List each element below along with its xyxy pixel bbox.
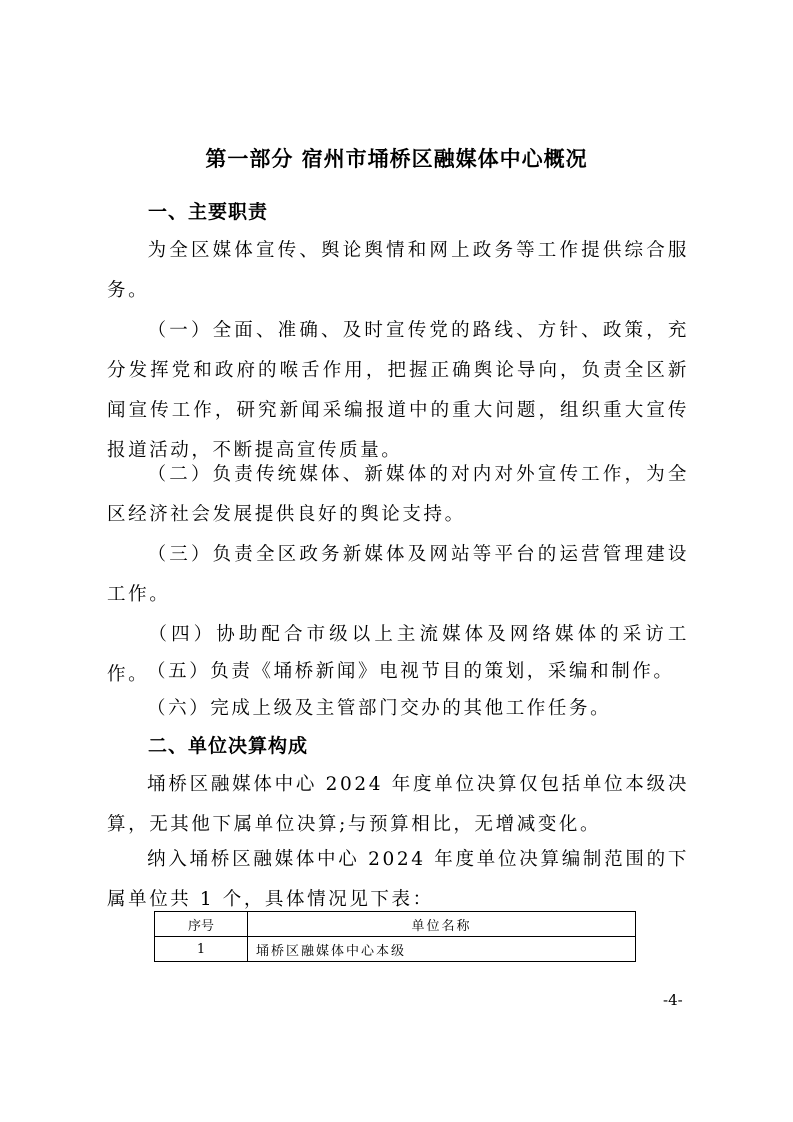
duty-item-1: （一）全面、准确、及时宣传党的路线、方针、政策，充分发挥党和政府的喉舌作用，把握… (107, 311, 689, 471)
page-number: -4- (663, 991, 683, 1009)
duty-item-6: （六）完成上级及主管部门交办的其他工作任务。 (107, 689, 689, 729)
duties-intro-text: 为全区媒体宣传、舆论舆情和网上政务等工作提供综合服务。 (107, 240, 689, 301)
budget-paragraph-2: 纳入埇桥区融媒体中心 2024 年度单位决算编制范围的下属单位共 1 个，具体情… (107, 840, 689, 920)
table-header-row: 序号 单位名称 (155, 912, 636, 937)
duty-item-3: （三）负责全区政务新媒体及网站等平台的运营管理建设工作。 (107, 535, 689, 615)
duty-item-2: （二）负责传统媒体、新媒体的对内对外宣传工作，为全区经济社会发展提供良好的舆论支… (107, 455, 689, 535)
document-page: 第一部分 宿州市埇桥区融媒体中心概况 一、主要职责 为全区媒体宣传、舆论舆情和网… (0, 0, 793, 1122)
budget-paragraph-text: 纳入埇桥区融媒体中心 2024 年度单位决算编制范围的下属单位共 1 个，具体情… (107, 849, 689, 910)
budget-paragraph-1: 埇桥区融媒体中心 2024 年度单位决算仅包括单位本级决算，无其他下属单位决算;… (107, 765, 689, 845)
table-row: 1 埇桥区融媒体中心本级 (155, 937, 636, 962)
section-heading-budget-composition: 二、单位决算构成 (148, 731, 308, 758)
budget-paragraph-text: 埇桥区融媒体中心 2024 年度单位决算仅包括单位本级决算，无其他下属单位决算;… (107, 774, 689, 835)
duty-item-5: （五）负责《埇桥新闻》电视节目的策划，采编和制作。 (107, 652, 689, 692)
duty-item-text: （一）全面、准确、及时宣传党的路线、方针、政策，充分发挥党和政府的喉舌作用，把握… (107, 320, 689, 461)
table-header-index: 序号 (155, 912, 248, 937)
duty-item-text: （六）完成上级及主管部门交办的其他工作任务。 (147, 698, 611, 719)
section-heading-duties: 一、主要职责 (148, 197, 268, 224)
duty-item-text: （三）负责全区政务新媒体及网站等平台的运营管理建设工作。 (107, 544, 689, 605)
duty-item-text: （二）负责传统媒体、新媒体的对内对外宣传工作，为全区经济社会发展提供良好的舆论支… (107, 464, 689, 525)
table-cell-unit-name: 埇桥区融媒体中心本级 (248, 937, 636, 962)
unit-table: 序号 单位名称 1 埇桥区融媒体中心本级 (154, 911, 636, 962)
table-cell-index: 1 (155, 937, 248, 962)
page-title: 第一部分 宿州市埇桥区融媒体中心概况 (0, 143, 793, 173)
duties-intro-paragraph: 为全区媒体宣传、舆论舆情和网上政务等工作提供综合服务。 (107, 231, 689, 311)
table-header-unit-name: 单位名称 (248, 912, 636, 937)
duty-item-text: （五）负责《埇桥新闻》电视节目的策划，采编和制作。 (147, 661, 675, 682)
